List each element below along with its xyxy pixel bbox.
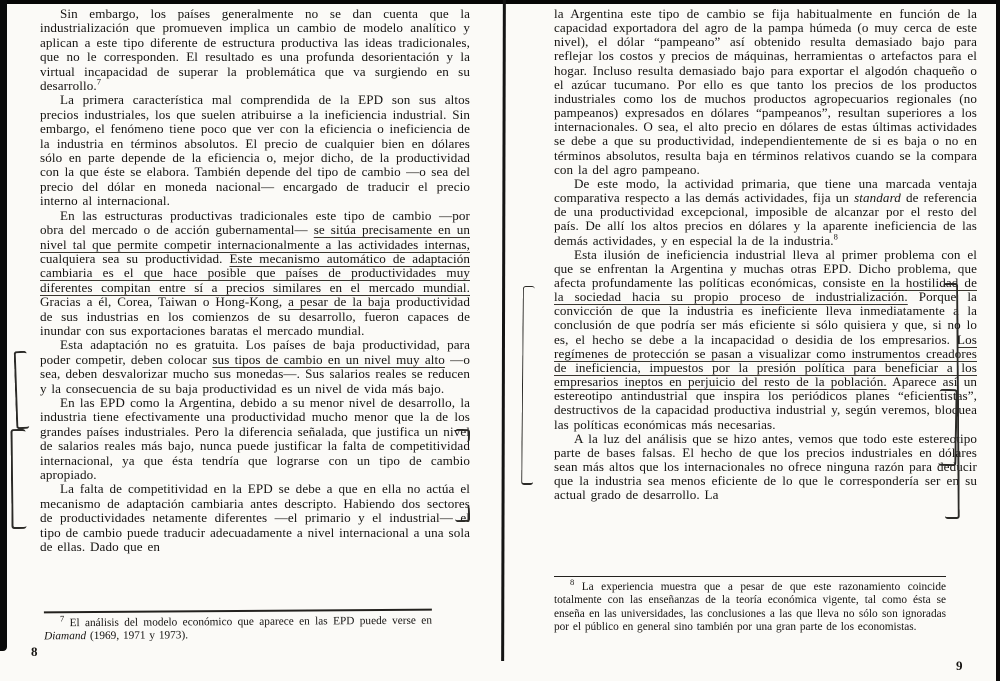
margin-bracket-left-adaptacion [14,351,30,429]
text-segment: Gracias a él, Corea, Taiwan o Hong-Kong, [40,294,288,309]
scan-top-edge [0,0,1000,4]
text-segment: A la luz del análisis que se hizo antes,… [554,431,977,503]
paragraph: En las EPD como la Argentina, debido a s… [40,396,470,482]
paragraph: De este modo, la actividad primaria, que… [554,177,977,248]
paragraph: A la luz del análisis que se hizo antes,… [554,432,977,503]
text-segment: (1969, 1971 y 1973). [86,630,188,643]
text-segment: La experiencia muestra que a pesar de qu… [554,581,946,633]
page-gutter-divider [501,0,506,661]
text-segment: Sin embargo, los países generalmente no … [40,6,470,93]
book-spread: Sin embargo, los países generalmente no … [0,0,1000,681]
paragraph: Esta ilusión de ineficiencia industrial … [554,248,977,432]
text-segment-u: sus tipos de cambio en un nivel muy alto [212,352,445,367]
footnote-7: 7 El análisis del modelo económico que a… [44,609,432,645]
paragraph: la Argentina este tipo de cambio se fija… [554,7,977,177]
paragraph: La primera característica mal comprendid… [40,93,470,208]
page-right-text: la Argentina este tipo de cambio se fija… [554,7,977,502]
text-segment: El análisis del modelo económico que apa… [64,615,432,630]
footnote-8: 8 La experiencia muestra que a pesar de … [554,576,946,635]
scan-left-edge [0,0,7,651]
text-segment: La falta de competitividad en la EPD se … [40,481,470,554]
margin-bracket-left-ilusion-ineficiencia [521,286,535,485]
text-segment-i: standard [854,190,901,205]
paragraph: Sin embargo, los países generalmente no … [40,7,470,93]
text-segment: la Argentina este tipo de cambio se fija… [554,6,977,177]
text-segment: La primera característica mal comprendid… [40,92,470,208]
text-segment-sup: 7 [97,77,101,87]
text-segment: En las EPD como la Argentina, debido a s… [40,395,470,482]
margin-bracket-right-top-epd-argentina [455,429,470,442]
page-left-text: Sin embargo, los países generalmente no … [40,7,470,554]
text-segment-sup: 8 [834,231,838,241]
page-number-right: 9 [956,658,963,674]
text-segment-u: a pesar de la baja [288,294,390,309]
text-segment-i: Diamand [44,630,86,642]
page-number-left: 8 [31,644,38,660]
margin-bracket-right-short-regimenes [938,389,957,466]
paragraph: Esta adaptación no es gratuita. Los país… [40,338,470,396]
paragraph: La falta de competitividad en la EPD se … [40,482,470,554]
scan-right-edge [996,0,1000,681]
text-segment: cualquiera sea su productividad. [40,251,229,266]
margin-bracket-right-bottom-epd-argentina [455,506,470,522]
paragraph: En las estructuras productivas tradicion… [40,209,470,339]
margin-bracket-left-epd-argentina [10,429,26,529]
